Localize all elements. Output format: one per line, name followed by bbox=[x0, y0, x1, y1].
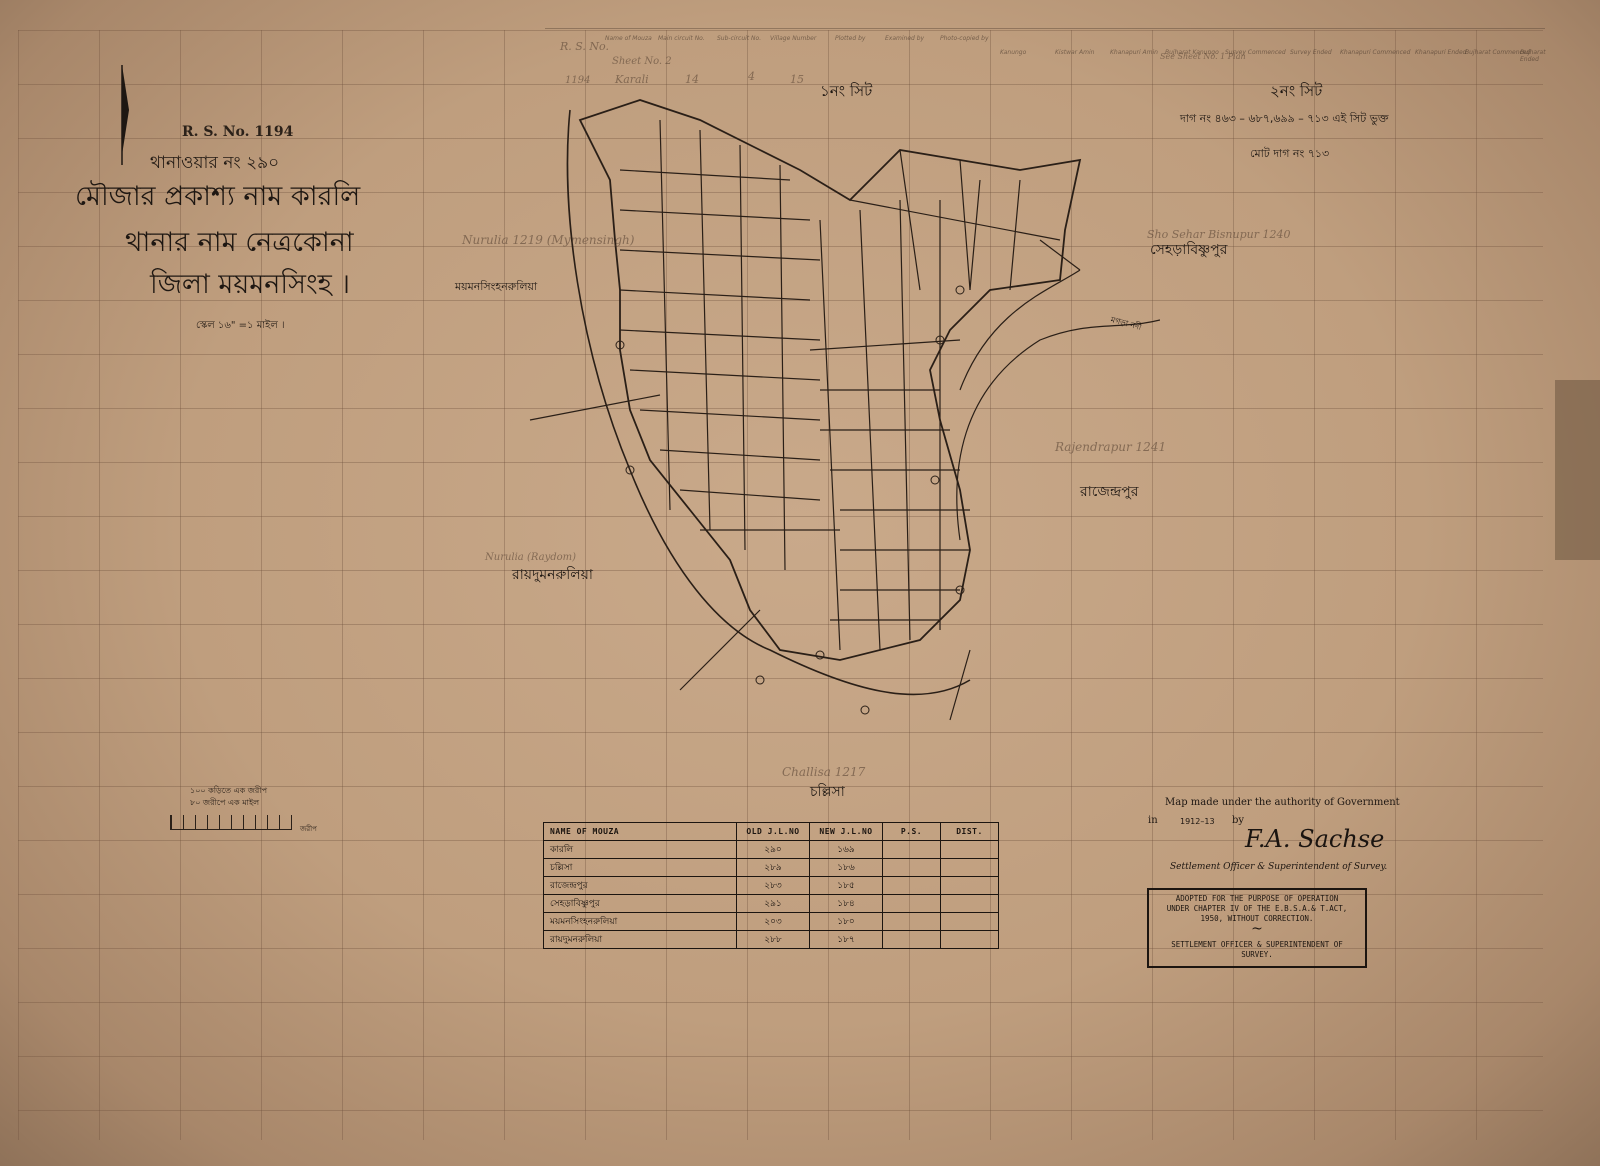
cell-name: চল্লিসা bbox=[544, 859, 737, 877]
neighbor-handwritten: Challisa 1217 bbox=[782, 765, 865, 779]
neighbor-label: রায়দুমনরুলিয়া bbox=[512, 563, 593, 587]
neighbor-handwritten: Rajendrapur 1241 bbox=[1055, 440, 1166, 454]
cell-old: ২৮৮ bbox=[737, 931, 810, 949]
cell-ps bbox=[883, 841, 941, 859]
neighbor-handwritten: Nurulia (Raydom) bbox=[485, 552, 576, 563]
header-col: Photo-copied by bbox=[940, 35, 989, 42]
rs-number: R. S. No. 1194 bbox=[182, 124, 293, 140]
cell-old: ২৯১ bbox=[737, 895, 810, 913]
thana-name: থানার নাম নেত্রকোনা bbox=[125, 222, 354, 267]
officer-role: Settlement Officer & Superintendent of S… bbox=[1170, 862, 1387, 872]
header-col: Khanapuri Ended bbox=[1415, 49, 1466, 56]
cell-old: ২৯০ bbox=[737, 841, 810, 859]
authority-in: in bbox=[1148, 815, 1158, 826]
header-col: Survey Ended bbox=[1290, 49, 1332, 56]
north-arrow-icon bbox=[118, 65, 130, 165]
stamp-line: SURVEY. bbox=[1149, 950, 1365, 960]
cell-new: ১৮৫ bbox=[810, 877, 883, 895]
cell-dist bbox=[941, 841, 999, 859]
stamp-line: UNDER CHAPTER IV OF THE E.B.S.A.& T.ACT, bbox=[1149, 904, 1365, 914]
scale-bar bbox=[170, 815, 292, 830]
header-col: Name of Mouza bbox=[605, 35, 652, 42]
cell-dist bbox=[941, 859, 999, 877]
cell-dist bbox=[941, 931, 999, 949]
dag-range: দাগ নং ৪৬৩ – ৬৮৭,৬৯৯ – ৭১৩ এই সিট ভুক্ত bbox=[1180, 110, 1389, 129]
hw-rs-label: R. S. No. bbox=[560, 40, 609, 53]
paper-stain bbox=[1555, 380, 1600, 560]
neighbor-handwritten: Sho Sehar Bisnupur 1240 bbox=[1147, 228, 1290, 241]
table-row: সেহড়াবিষ্ণুপুর ২৯১ ১৮৪ bbox=[544, 895, 999, 913]
cell-ps bbox=[883, 931, 941, 949]
district-name: জিলা ময়মনসিংহ । bbox=[150, 264, 350, 309]
cell-name: রায়দুমনরুলিয়া bbox=[544, 931, 737, 949]
header-new-jl: NEW J.L.NO bbox=[810, 823, 883, 841]
cell-ps bbox=[883, 859, 941, 877]
cell-new: ১৮০ bbox=[810, 913, 883, 931]
header-col: Examined by bbox=[885, 35, 924, 42]
hw-sub-circuit: 4 bbox=[748, 70, 755, 83]
cell-name: কারলি bbox=[544, 841, 737, 859]
hw-village: 15 bbox=[790, 73, 804, 86]
cell-old: ২৮৩ bbox=[737, 877, 810, 895]
neighbor-label: ময়মনসিংহনরুলিয়া bbox=[455, 278, 537, 297]
cell-ps bbox=[883, 913, 941, 931]
cell-name: ময়মনসিংহনরুলিয়া bbox=[544, 913, 737, 931]
header-dist: DIST. bbox=[941, 823, 999, 841]
cell-name: রাজেন্দ্রপুর bbox=[544, 877, 737, 895]
mouza-name: মৌজার প্রকাশ্য নাম কারলি bbox=[75, 176, 360, 221]
header-col: Bujharat Ended bbox=[1520, 49, 1546, 63]
header-col: Main circuit No. bbox=[658, 35, 705, 42]
cell-new: ১৮৬ bbox=[810, 859, 883, 877]
neighbor-label: চল্লিসা bbox=[810, 780, 845, 804]
cell-old: ২০৩ bbox=[737, 913, 810, 931]
header-col: Sub-circuit No. bbox=[717, 35, 761, 42]
table-row: ময়মনসিংহনরুলিয়া ২০৩ ১৮০ bbox=[544, 913, 999, 931]
mouza-jl-table: NAME OF MOUZA OLD J.L.NO NEW J.L.NO P.S.… bbox=[543, 822, 999, 949]
cell-new: ১৬৯ bbox=[810, 841, 883, 859]
table-row: রায়দুমনরুলিয়া ২৮৮ ১৮৭ bbox=[544, 931, 999, 949]
cell-new: ১৮৭ bbox=[810, 931, 883, 949]
authority-line: Map made under the authority of Governme… bbox=[1165, 797, 1400, 808]
header-col: Plotted by bbox=[835, 35, 865, 42]
hw-rs-value: 1194 bbox=[565, 75, 590, 86]
hw-mouza: Karali bbox=[615, 73, 649, 86]
neighbor-label: সেহড়াবিষ্ণুপুর bbox=[1150, 238, 1228, 262]
header-ps: P.S. bbox=[883, 823, 941, 841]
header-col: Kanungo bbox=[1000, 49, 1026, 56]
cell-old: ২৮৯ bbox=[737, 859, 810, 877]
cell-dist bbox=[941, 895, 999, 913]
table-row: কারলি ২৯০ ১৬৯ bbox=[544, 841, 999, 859]
neighbor-handwritten: Nurulia 1219 (Mymensingh) bbox=[462, 233, 634, 247]
hw-remark: See Sheet No. 1 Plan bbox=[1160, 52, 1246, 61]
cell-name: সেহড়াবিষ্ণুপুর bbox=[544, 895, 737, 913]
cell-ps bbox=[883, 895, 941, 913]
mouza-plot-map bbox=[520, 90, 1160, 730]
sheet-2-label: ২নং সিট bbox=[1270, 80, 1322, 105]
header-col: Kistwar Amin bbox=[1055, 49, 1094, 56]
cell-dist bbox=[941, 913, 999, 931]
scale-bar-label: জরীপ bbox=[300, 823, 317, 835]
authority-year: 1912–13 bbox=[1180, 817, 1215, 826]
header-old-jl: OLD J.L.NO bbox=[737, 823, 810, 841]
neighbor-label: রাজেন্দ্রপুর bbox=[1080, 480, 1138, 504]
scale-legend: ৮০ জরীপে এক মাইল bbox=[190, 797, 259, 810]
total-dag: মোট দাগ নং ৭১৩ bbox=[1250, 145, 1329, 164]
stamp-line: ADOPTED FOR THE PURPOSE OF OPERATION bbox=[1149, 894, 1365, 904]
table-header-row: NAME OF MOUZA OLD J.L.NO NEW J.L.NO P.S.… bbox=[544, 823, 999, 841]
header-col: Khanapuri Commenced bbox=[1340, 49, 1410, 56]
hw-main-circuit: 14 bbox=[685, 73, 699, 86]
officer-signature: F.A. Sachse bbox=[1245, 825, 1384, 853]
hw-sheet: Sheet No. 2 bbox=[612, 56, 672, 67]
header-col: Khanapuri Amin bbox=[1110, 49, 1158, 56]
header-name-of-mouza: NAME OF MOUZA bbox=[544, 823, 737, 841]
authority-by: by bbox=[1232, 815, 1244, 826]
map-sheet: R. S. No. 1194 থানাওয়ার নং ২৯০ মৌজার প্… bbox=[0, 0, 1600, 1166]
table-row: রাজেন্দ্রপুর ২৮৩ ১৮৫ bbox=[544, 877, 999, 895]
adoption-stamp: ADOPTED FOR THE PURPOSE OF OPERATION UND… bbox=[1147, 888, 1367, 968]
map-scale: স্কেল ১৬" =১ মাইল । bbox=[196, 318, 285, 335]
cell-dist bbox=[941, 877, 999, 895]
thana-number: থানাওয়ার নং ২৯০ bbox=[150, 150, 279, 178]
table-row: চল্লিসা ২৮৯ ১৮৬ bbox=[544, 859, 999, 877]
stamp-line: SETTLEMENT OFFICER & SUPERINTENDENT OF bbox=[1149, 940, 1365, 950]
cell-new: ১৮৪ bbox=[810, 895, 883, 913]
cell-ps bbox=[883, 877, 941, 895]
stamp-signature: ~ bbox=[1149, 924, 1365, 940]
header-col: Village Number bbox=[770, 35, 816, 42]
